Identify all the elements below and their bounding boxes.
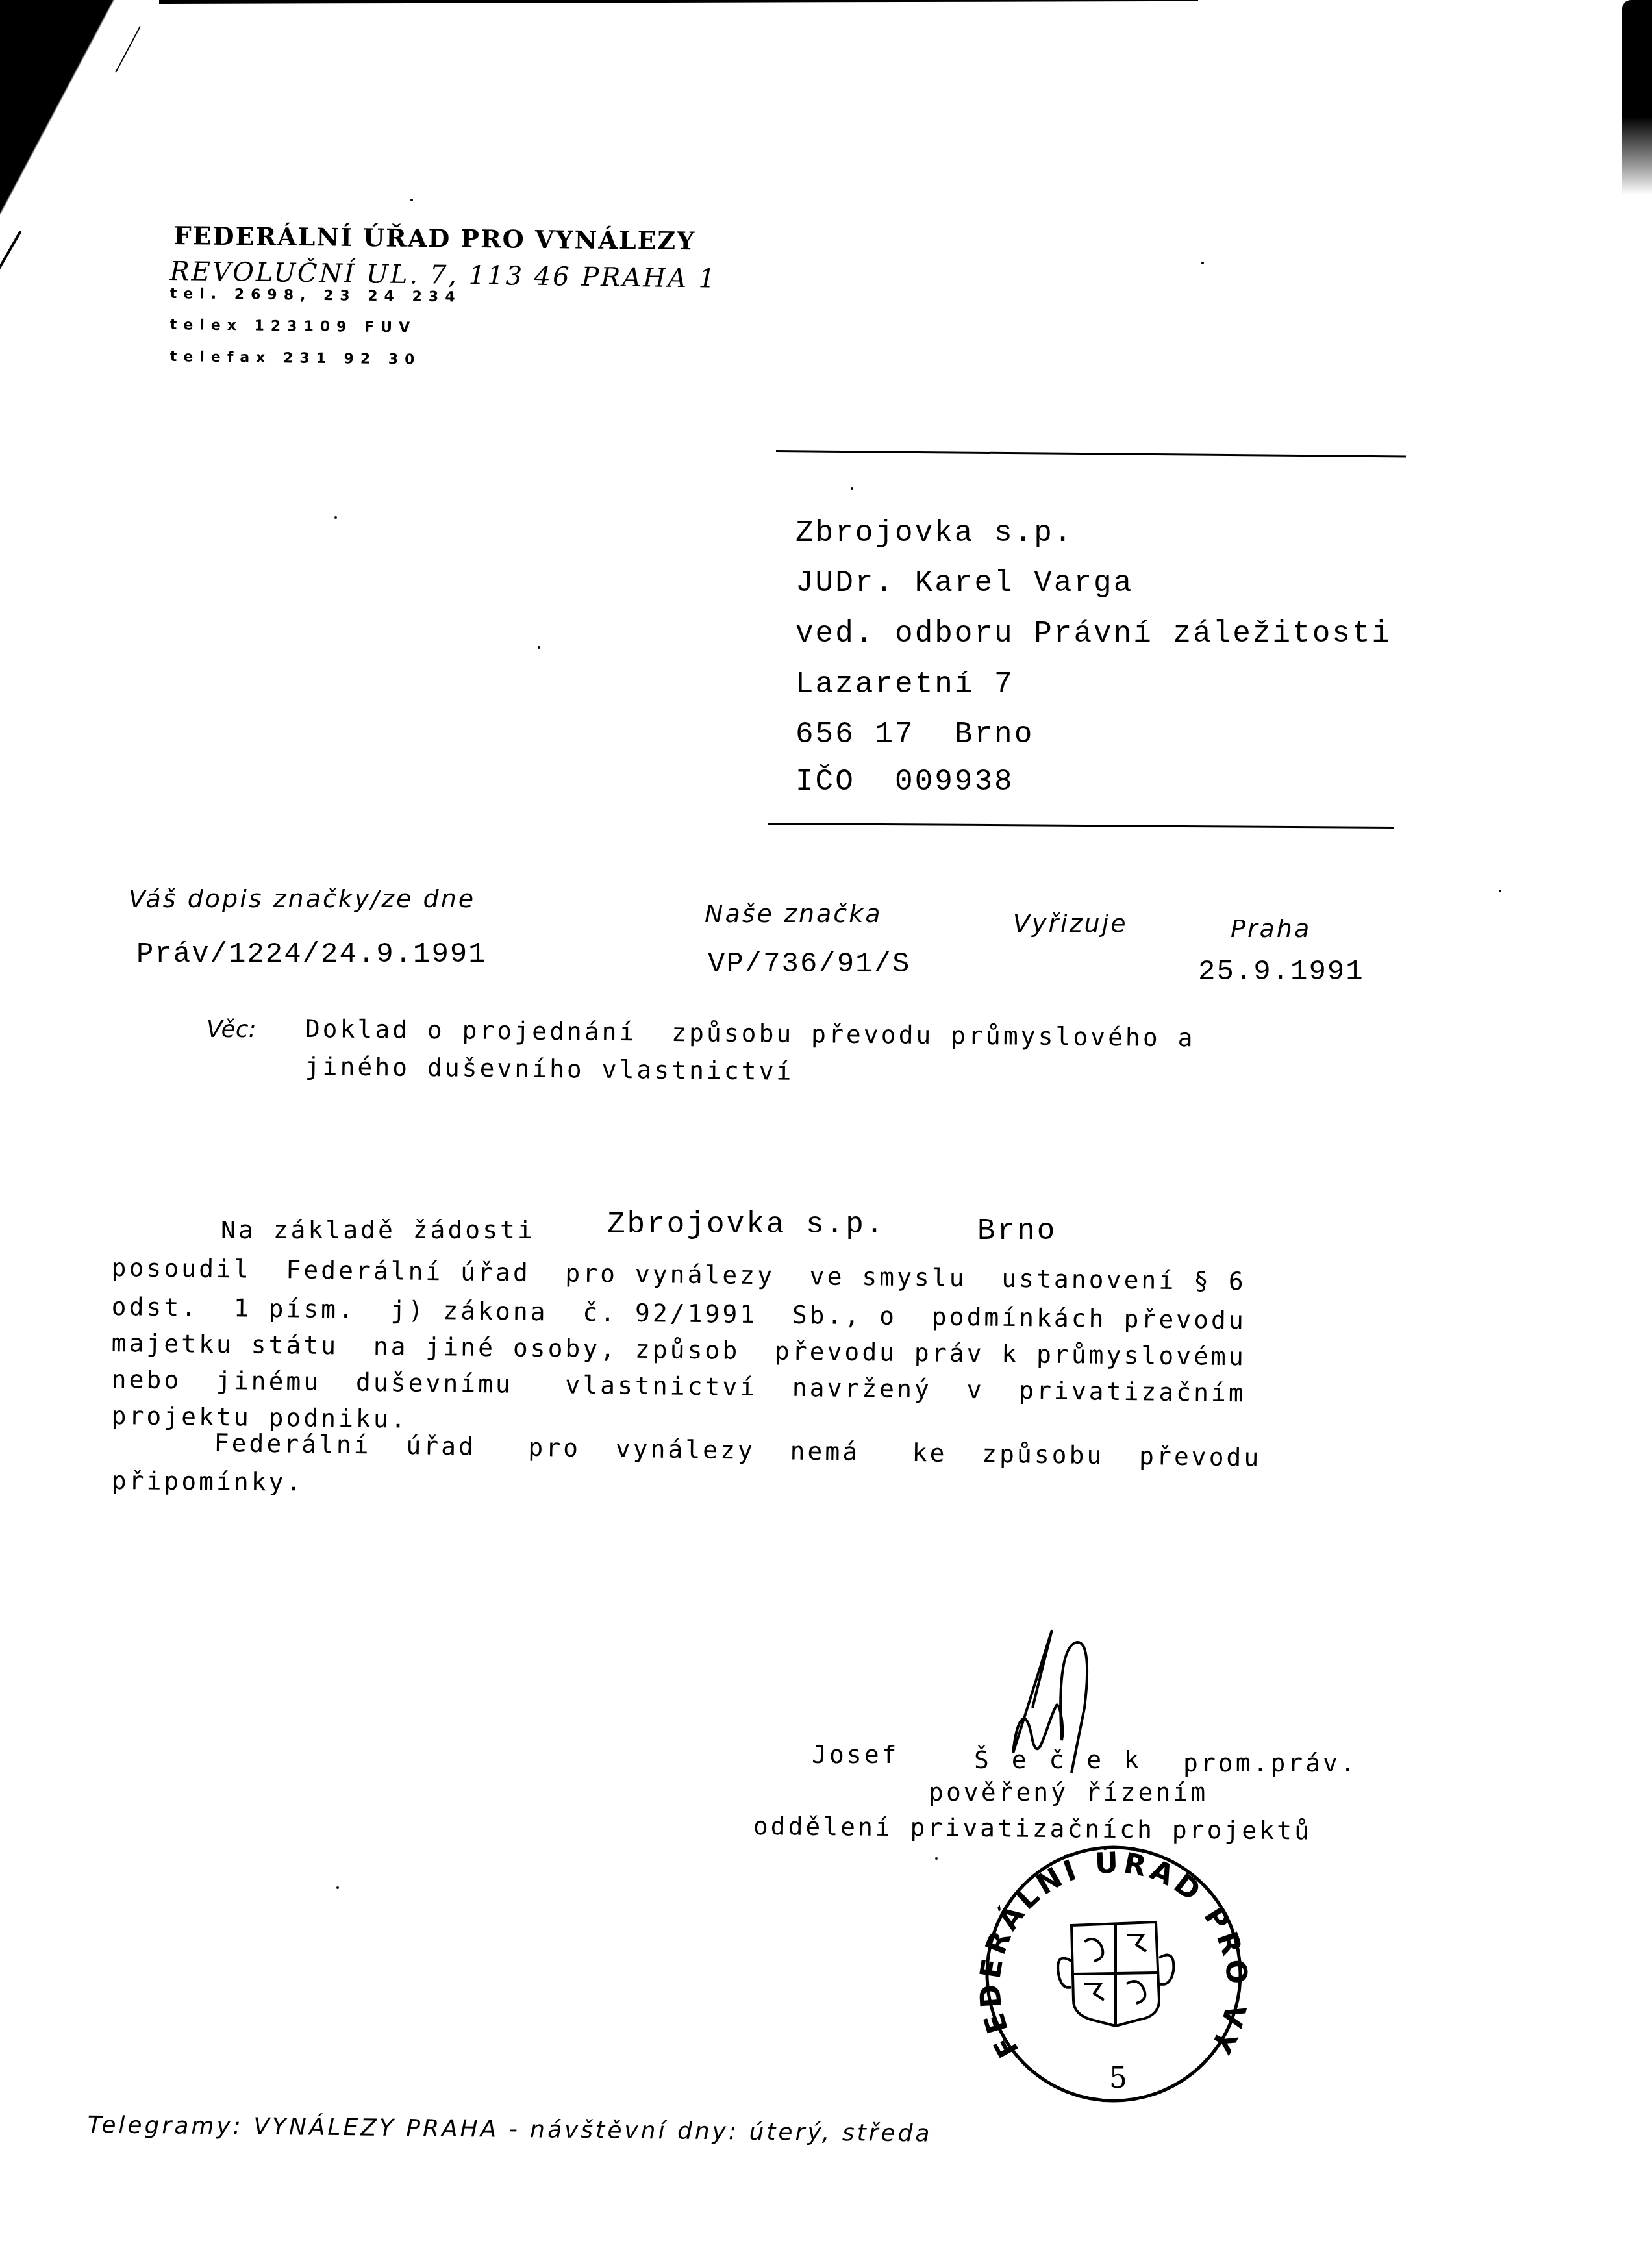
signatory-role-1: pověřený řízením	[929, 1778, 1208, 1807]
body-line: odst. 1 písm. j) zákona č. 92/1991 Sb., …	[111, 1292, 1245, 1334]
signatory-first-name: Josef	[812, 1740, 899, 1769]
scan-mark	[115, 26, 140, 73]
stamp-number: 5	[1109, 2062, 1127, 2095]
letterhead-telex: telex 123109 FUV	[170, 317, 416, 336]
body-line: připomínky.	[112, 1466, 304, 1497]
handled-by-label: Vyřizuje	[1013, 909, 1128, 938]
scan-shadow-corner	[0, 0, 114, 214]
scan-speck	[336, 1886, 339, 1889]
letterhead-organization: FEDERÁLNÍ ÚŘAD PRO VYNÁLEZY	[174, 221, 696, 255]
body-applicant-city: Brno	[977, 1214, 1057, 1248]
scan-speck	[410, 199, 413, 201]
subject-line-1: Doklad o projednání způsobu převodu prům…	[305, 1014, 1195, 1052]
body-applicant: Zbrojovka s.p.	[607, 1208, 885, 1242]
your-letter-value: Práv/1224/24.9.1991	[136, 938, 487, 971]
signatory-title: prom.práv.	[1183, 1749, 1358, 1777]
signatory-surname: Š e č e k	[974, 1745, 1143, 1774]
recipient-department: ved. odboru Právní záležitosti	[795, 617, 1392, 651]
scan-right-edge	[1622, 0, 1652, 195]
scan-speck	[851, 487, 853, 490]
recipient-ico: IČO 009938	[795, 765, 1014, 799]
scan-top-edge	[159, 0, 1198, 4]
place-label: Praha	[1231, 914, 1311, 943]
scan-speck	[1499, 890, 1501, 892]
recipient-street: Lazaretní 7	[795, 668, 1014, 701]
stamp-text: FEDERÁLNÍ ÚŘAD PRO VYNÁLEZY	[968, 1838, 1253, 2063]
body-line: posoudil Federální úřad pro vynálezy ve …	[111, 1253, 1245, 1295]
letter-date: 25.9.1991	[1198, 956, 1364, 988]
body-line: nebo jinému duševnímu vlastnictví navrže…	[111, 1365, 1245, 1407]
subject-label: Věc:	[206, 1016, 257, 1043]
official-stamp-icon: FEDERÁLNÍ ÚŘAD PRO VYNÁLEZY 5	[968, 1838, 1253, 2110]
body-line: Federální úřad pro vynálezy nemá ke způs…	[214, 1429, 1261, 1472]
scan-speck	[538, 646, 540, 649]
recipient-bottom-rule	[768, 823, 1394, 829]
recipient-company: Zbrojovka s.p.	[795, 516, 1073, 550]
your-letter-label: Váš dopis značky/ze dne	[129, 884, 475, 913]
letterhead-phone: tel. 2698, 23 24 234	[170, 286, 462, 305]
scan-speck	[334, 516, 337, 519]
coat-of-arms-icon	[1058, 1922, 1173, 2026]
body-line: majetku státu na jiné osoby, způsob přev…	[111, 1329, 1245, 1371]
footer-telegram-info: Telegramy: VYNÁLEZY PRAHA - návštěvní dn…	[88, 2112, 932, 2147]
recipient-city: 656 17 Brno	[795, 718, 1034, 751]
scan-speck	[935, 1857, 938, 1860]
recipient-top-rule	[776, 450, 1406, 457]
scan-mark	[0, 231, 21, 271]
subject-line-2: jiného duševního vlastnictví	[305, 1052, 794, 1086]
scan-speck	[1201, 262, 1204, 264]
body-intro: Na základě žádosti	[221, 1216, 535, 1244]
letterhead-telefax: telefax 231 92 30	[170, 349, 421, 368]
our-ref-value: VP/736/91/S	[708, 948, 910, 981]
our-ref-label: Naše značka	[705, 899, 882, 928]
recipient-person: JUDr. Karel Varga	[795, 566, 1133, 600]
